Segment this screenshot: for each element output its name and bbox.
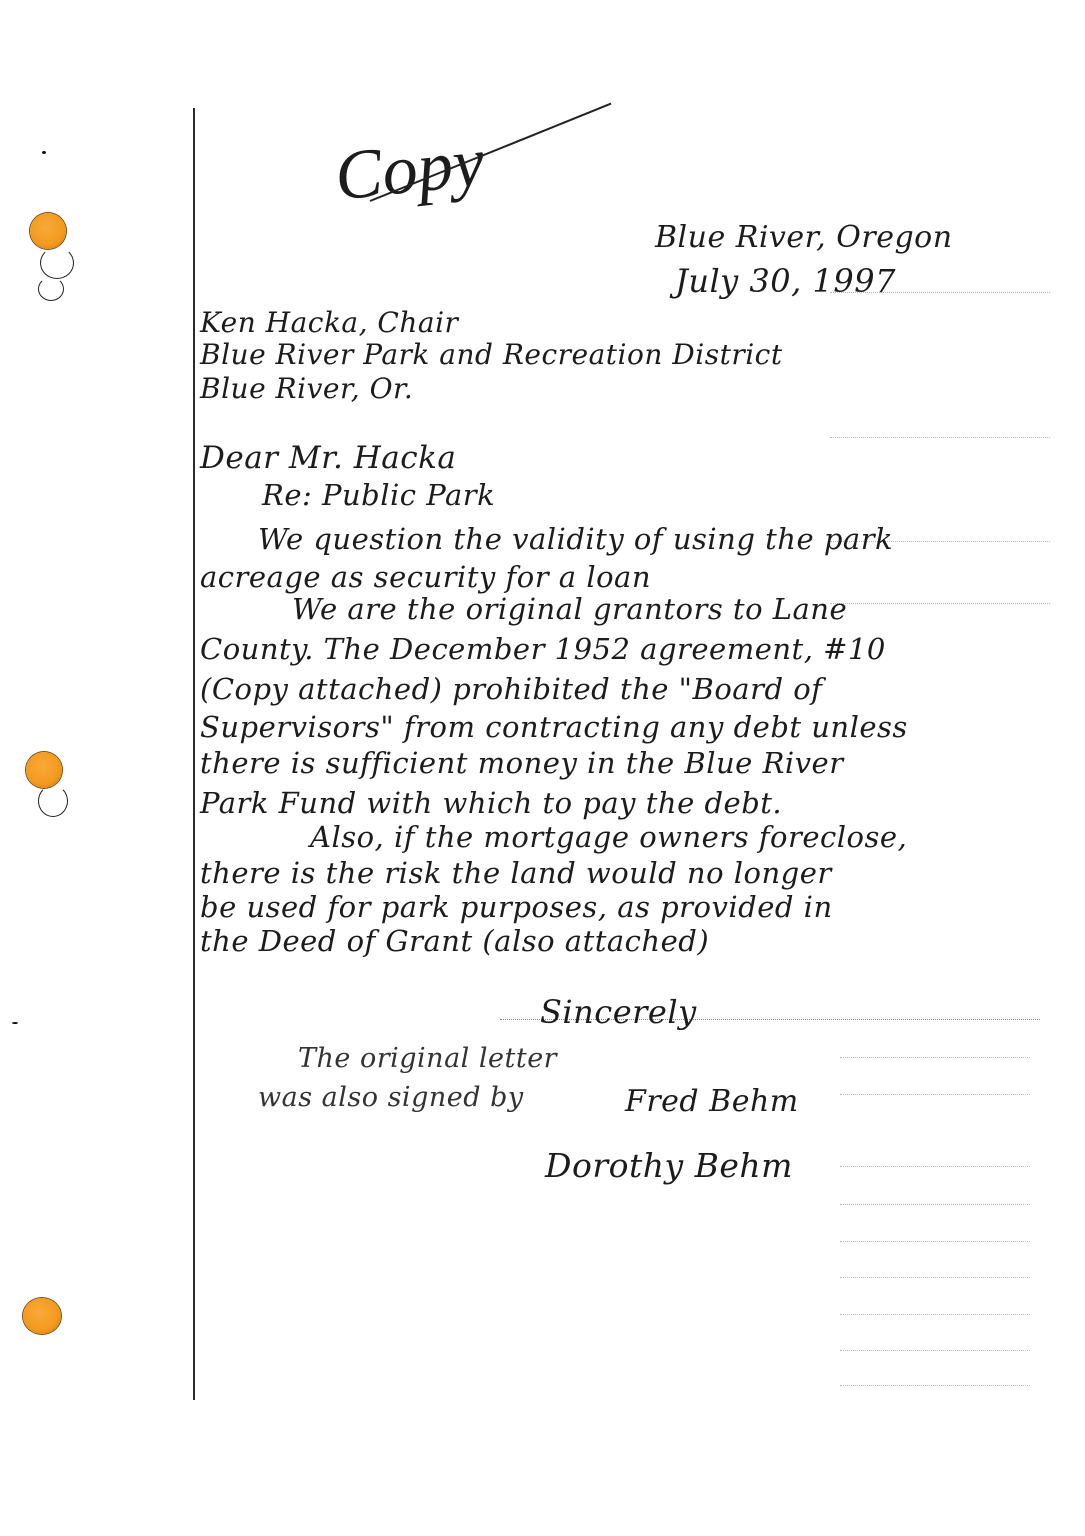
margin-line	[193, 108, 195, 1400]
body-line: be used for park purposes, as provided i…	[200, 890, 833, 924]
body-line: We question the validity of using the pa…	[258, 522, 893, 556]
ruled-line	[840, 1277, 1030, 1278]
ruled-line	[840, 1057, 1030, 1058]
hole-punch-shadow	[40, 247, 74, 279]
copy-mark: Copy	[331, 122, 488, 217]
original-letter-note: was also signed by	[258, 1082, 524, 1113]
body-line: there is sufficient money in the Blue Ri…	[200, 746, 844, 780]
body-line: Also, if the mortgage owners foreclose,	[310, 820, 907, 854]
ruled-line	[830, 437, 1050, 438]
body-line: the Deed of Grant (also attached)	[200, 924, 709, 958]
body-line: Supervisors" from contracting any debt u…	[200, 710, 908, 744]
signature: Fred Behm	[625, 1084, 799, 1119]
scan-speck	[42, 151, 46, 154]
ruled-line	[840, 1385, 1030, 1386]
recipient-name: Ken Hacka, Chair	[200, 306, 458, 339]
ruled-line	[840, 1314, 1030, 1315]
ruled-line	[840, 1241, 1030, 1242]
scanned-letter-page: Copy Blue River, Oregon July 30, 1997 Ke…	[0, 0, 1085, 1536]
original-letter-note: The original letter	[298, 1043, 557, 1074]
salutation: Dear Mr. Hacka	[200, 440, 456, 476]
body-line: County. The December 1952 agreement, #10	[200, 632, 886, 666]
hole-punch-shadow	[38, 277, 64, 301]
ruled-line	[830, 603, 1050, 604]
hole-punch-top	[30, 213, 66, 249]
letter-place: Blue River, Oregon	[655, 220, 953, 255]
scan-speck	[12, 1022, 18, 1024]
body-line: Park Fund with which to pay the debt.	[200, 786, 782, 820]
recipient-location: Blue River, Or.	[200, 372, 413, 405]
signature: Dorothy Behm	[545, 1146, 793, 1185]
ruled-line	[840, 1166, 1030, 1167]
ruled-line	[840, 1204, 1030, 1205]
subject-line: Re: Public Park	[262, 478, 495, 512]
letter-date: July 30, 1997	[675, 262, 896, 300]
recipient-organization: Blue River Park and Recreation District	[200, 338, 783, 371]
hole-punch-middle	[26, 752, 62, 788]
body-line: there is the risk the land would no long…	[200, 856, 832, 890]
body-line: (Copy attached) prohibited the "Board of	[200, 672, 822, 706]
body-line: acreage as security for a loan	[200, 560, 651, 594]
body-line: We are the original grantors to Lane	[292, 592, 847, 626]
ruled-line	[840, 1094, 1030, 1095]
hole-punch-shadow	[38, 785, 68, 817]
ruled-line	[840, 1350, 1030, 1351]
hole-punch-bottom	[23, 1298, 61, 1334]
closing: Sincerely	[540, 993, 697, 1031]
